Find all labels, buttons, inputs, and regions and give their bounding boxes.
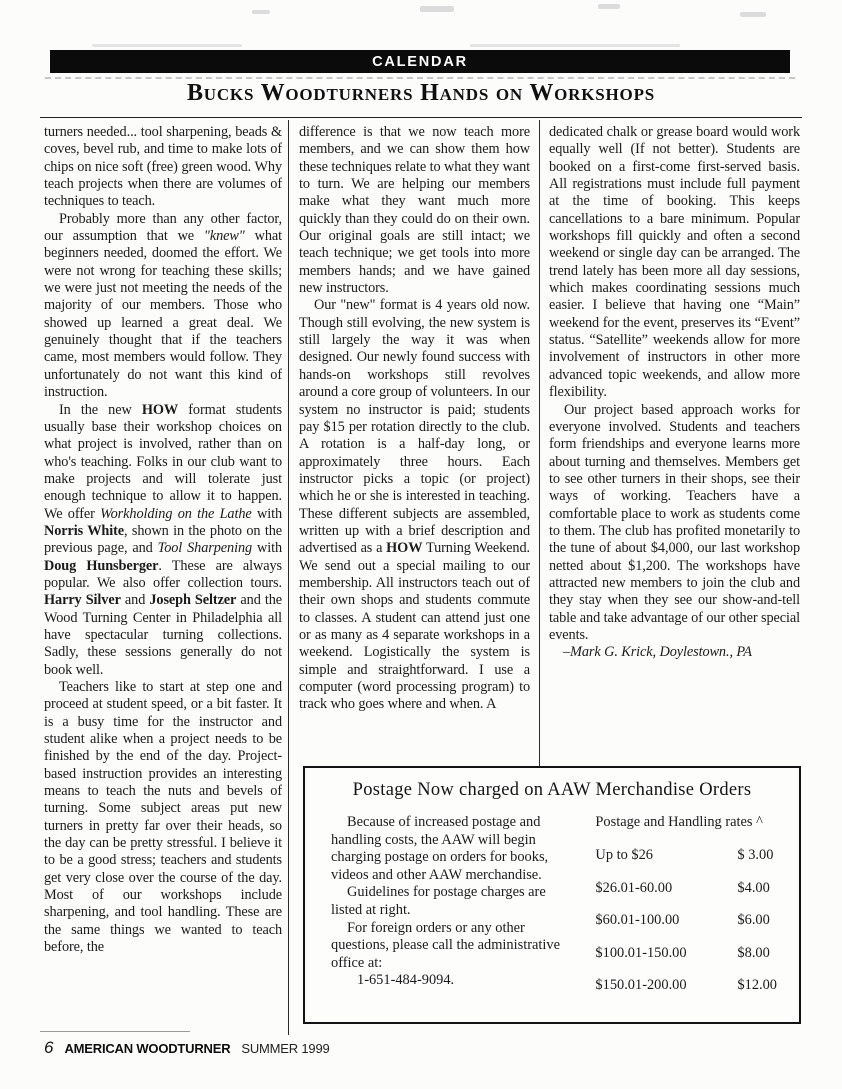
- paragraph: difference is that we now teach more mem…: [299, 124, 530, 297]
- scan-artifact: [92, 44, 242, 47]
- scan-artifact: [598, 4, 620, 9]
- scan-artifact: [420, 6, 454, 12]
- scan-artifact-dashed-line: [45, 77, 795, 79]
- column-divider-1: [288, 120, 289, 1035]
- page-footer: 6 AMERICAN WOODTURNER SUMMER 1999: [44, 1038, 330, 1058]
- column-divider-2: [539, 120, 540, 768]
- rate-price: $4.00: [737, 880, 769, 897]
- paragraph: dedicated chalk or grease board would wo…: [549, 124, 800, 402]
- postage-box-text: Because of increased postage and handlin…: [331, 814, 571, 1010]
- calendar-header-bar: CALENDAR: [50, 50, 790, 73]
- scan-artifact-rule: [40, 1031, 190, 1032]
- paragraph: –Mark G. Krick, Doylestown., PA: [549, 644, 800, 661]
- magazine-name: AMERICAN WOODTURNER: [64, 1041, 230, 1056]
- text-column-2: difference is that we now teach more mem…: [299, 124, 530, 769]
- postage-box-title: Postage Now charged on AAW Merchandise O…: [305, 780, 799, 801]
- rate-row: $100.01-150.00$8.00: [595, 945, 777, 962]
- text-column-3: dedicated chalk or grease board would wo…: [549, 124, 800, 766]
- rate-price: $6.00: [737, 912, 769, 929]
- article-title: Bucks Woodturners Hands on Workshops: [0, 80, 842, 107]
- paragraph: For foreign orders or any other question…: [331, 920, 571, 973]
- rate-price: $8.00: [737, 945, 769, 962]
- rate-price: $ 3.00: [737, 847, 773, 864]
- paragraph: 1-651-484-9094.: [331, 972, 571, 990]
- page-number: 6: [44, 1038, 53, 1058]
- header-rule: [40, 117, 802, 118]
- paragraph: Teachers like to start at step one and p…: [44, 679, 282, 957]
- scan-artifact: [252, 10, 270, 14]
- rate-row: $26.01-60.00$4.00: [595, 880, 777, 897]
- paragraph: Probably more than any other factor, our…: [44, 211, 282, 402]
- paragraph: turners needed... tool sharpening, beads…: [44, 124, 282, 211]
- issue-label: SUMMER 1999: [241, 1041, 329, 1056]
- rate-order-range: Up to $26: [595, 847, 737, 864]
- rate-row: Up to $26$ 3.00: [595, 847, 777, 864]
- postage-rates-table: Postage and Handling rates ^ Up to $26$ …: [571, 814, 777, 1010]
- magazine-page: CALENDAR Bucks Woodturners Hands on Work…: [0, 0, 842, 1089]
- rate-order-range: $60.01-100.00: [595, 912, 737, 929]
- paragraph: Because of increased postage and handlin…: [331, 814, 571, 884]
- paragraph: Our "new" format is 4 years old now. Tho…: [299, 297, 530, 713]
- postage-box-body: Because of increased postage and handlin…: [305, 814, 799, 1010]
- rate-order-range: $150.01-200.00: [595, 977, 737, 994]
- rate-row: $60.01-100.00$6.00: [595, 912, 777, 929]
- paragraph: In the new HOW format students usually b…: [44, 402, 282, 680]
- rates-table-rows: Up to $26$ 3.00$26.01-60.00$4.00$60.01-1…: [595, 847, 777, 994]
- scan-artifact: [740, 12, 766, 17]
- scan-artifact: [470, 44, 680, 47]
- rate-order-range: $26.01-60.00: [595, 880, 737, 897]
- postage-notice-box: Postage Now charged on AAW Merchandise O…: [303, 766, 801, 1024]
- text-column-1: turners needed... tool sharpening, beads…: [44, 124, 282, 1032]
- paragraph: Guidelines for postage charges are liste…: [331, 884, 571, 919]
- rate-price: $12.00: [737, 977, 777, 994]
- rates-table-header: Postage and Handling rates ^: [595, 814, 777, 831]
- rate-row: $150.01-200.00$12.00: [595, 977, 777, 994]
- rate-order-range: $100.01-150.00: [595, 945, 737, 962]
- paragraph: Our project based approach works for eve…: [549, 402, 800, 645]
- calendar-section-label: CALENDAR: [372, 54, 468, 70]
